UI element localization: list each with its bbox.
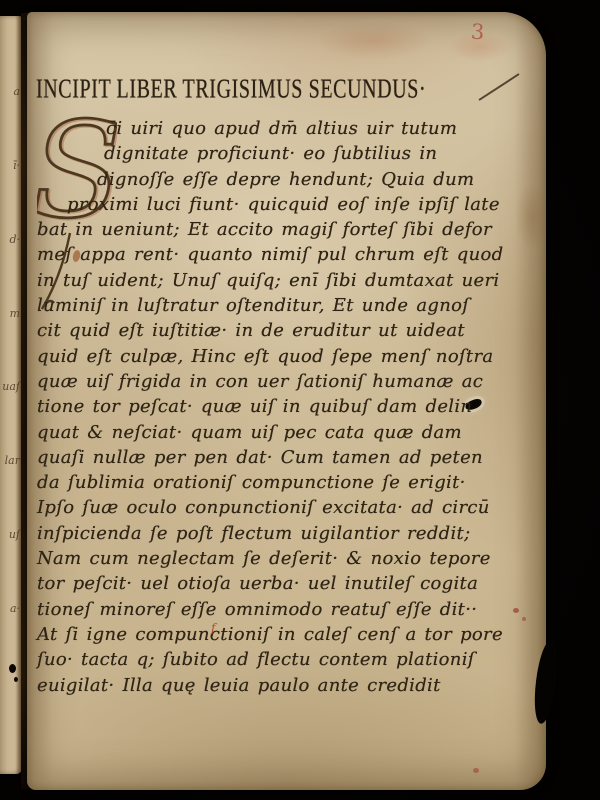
photo-background: aī·d·muaſlaruſa· 3 INCIPIT LIBER TRIGISI… [0,0,600,800]
manuscript-line: euigilat· Illa quę leuia paulo ante cred… [37,673,537,698]
manuscript-line: cit quid eſt iuſtitiæ· in de eruditur ut… [37,318,537,343]
manuscript-line: meſ appa rent· quanto nimiſ pul chrum eſ… [37,242,537,267]
edge-text-fragment: a· [10,603,20,614]
stain [317,22,433,60]
manuscript-line: Ipſo ſuæ oculo conpunctioniſ excitata· a… [37,495,537,520]
incipit-heading: INCIPIT LIBER TRIGISIMUS SECUNDUS· [36,74,426,106]
manuscript-line: luminiſ in luſtratur oſtenditur, Et unde… [37,293,537,318]
edge-text-fragment: uſ [9,529,20,540]
stain [473,768,479,773]
manuscript-line: At ſi igne compunctioniſ in caleſ cenſ a… [37,622,537,647]
manuscript-line: quaſi nullæ per pen dat· Cum tamen ad pe… [37,445,537,470]
folio-number: 3 [470,20,485,45]
manuscript-line: da ſublimia orationiſ compunctione ſe er… [37,470,537,495]
facing-page-edge: aī·d·muaſlaruſa· [0,16,22,774]
manuscript-line: tor peſcit· uel otioſa uerba· uel inutil… [37,571,537,596]
edge-text-fragment: ī· [13,160,20,171]
manuscript-line: quid eſt culpæ, Hinc eſt quod ſepe menſ … [37,344,537,369]
binding-hole-icon [14,677,18,682]
manuscript-line: dignitate proficiunt· eo ſubtilius in [104,141,537,166]
manuscript-line: tioneſ minoreſ eſſe omnimodo reatuſ eſſe… [37,597,537,622]
manuscript-line: bat in ueniunt; Et accito magiſ forteſ ſ… [37,217,537,242]
edge-text-fragment: lar [5,455,20,466]
edge-text-fragment: m [10,308,20,319]
manuscript-line: quæ uiſ frigida in con uer ſationiſ huma… [37,369,537,394]
interlinear-correction: f [211,621,215,635]
manuscript-line: ſuo· tacta q; ſubito ad flectu contem pl… [37,647,537,672]
manuscript-line: tione tor peſcat· quæ uiſ in quibuſ dam … [37,394,537,419]
facing-page-text-fragments: aī·d·muaſlaruſa· [0,86,20,614]
binding-hole-icon [9,664,16,673]
manuscript-line: quat & neſciat· quam uiſ pec cata quæ da… [37,420,537,445]
text-block: c̄i uiri quo apud dm̄ altius uir tutumdi… [37,116,537,698]
manuscript-line: proximi luci fiunt· quicquid eoſ inſe ip… [67,192,537,217]
manuscript-line: inſpicienda ſe poſt flectum uigilantior … [37,521,537,546]
edge-text-fragment: d· [9,234,20,245]
manuscript-page: 3 INCIPIT LIBER TRIGISIMUS SECUNDUS· S S… [27,12,546,790]
edge-text-fragment: uaſ [2,381,20,392]
manuscript-line: Nam cum neglectam ſe deſerit· & noxio te… [37,546,537,571]
pen-flourish-icon [478,73,519,101]
edge-text-fragment: a [13,86,20,97]
manuscript-line: dignoſſe eſſe depre hendunt; Quia dum [97,167,537,192]
manuscript-line: in tuſ uident; Unuſ quiſq; enī ſibi dumt… [37,268,537,293]
manuscript-line: c̄i uiri quo apud dm̄ altius uir tutum [106,116,537,141]
